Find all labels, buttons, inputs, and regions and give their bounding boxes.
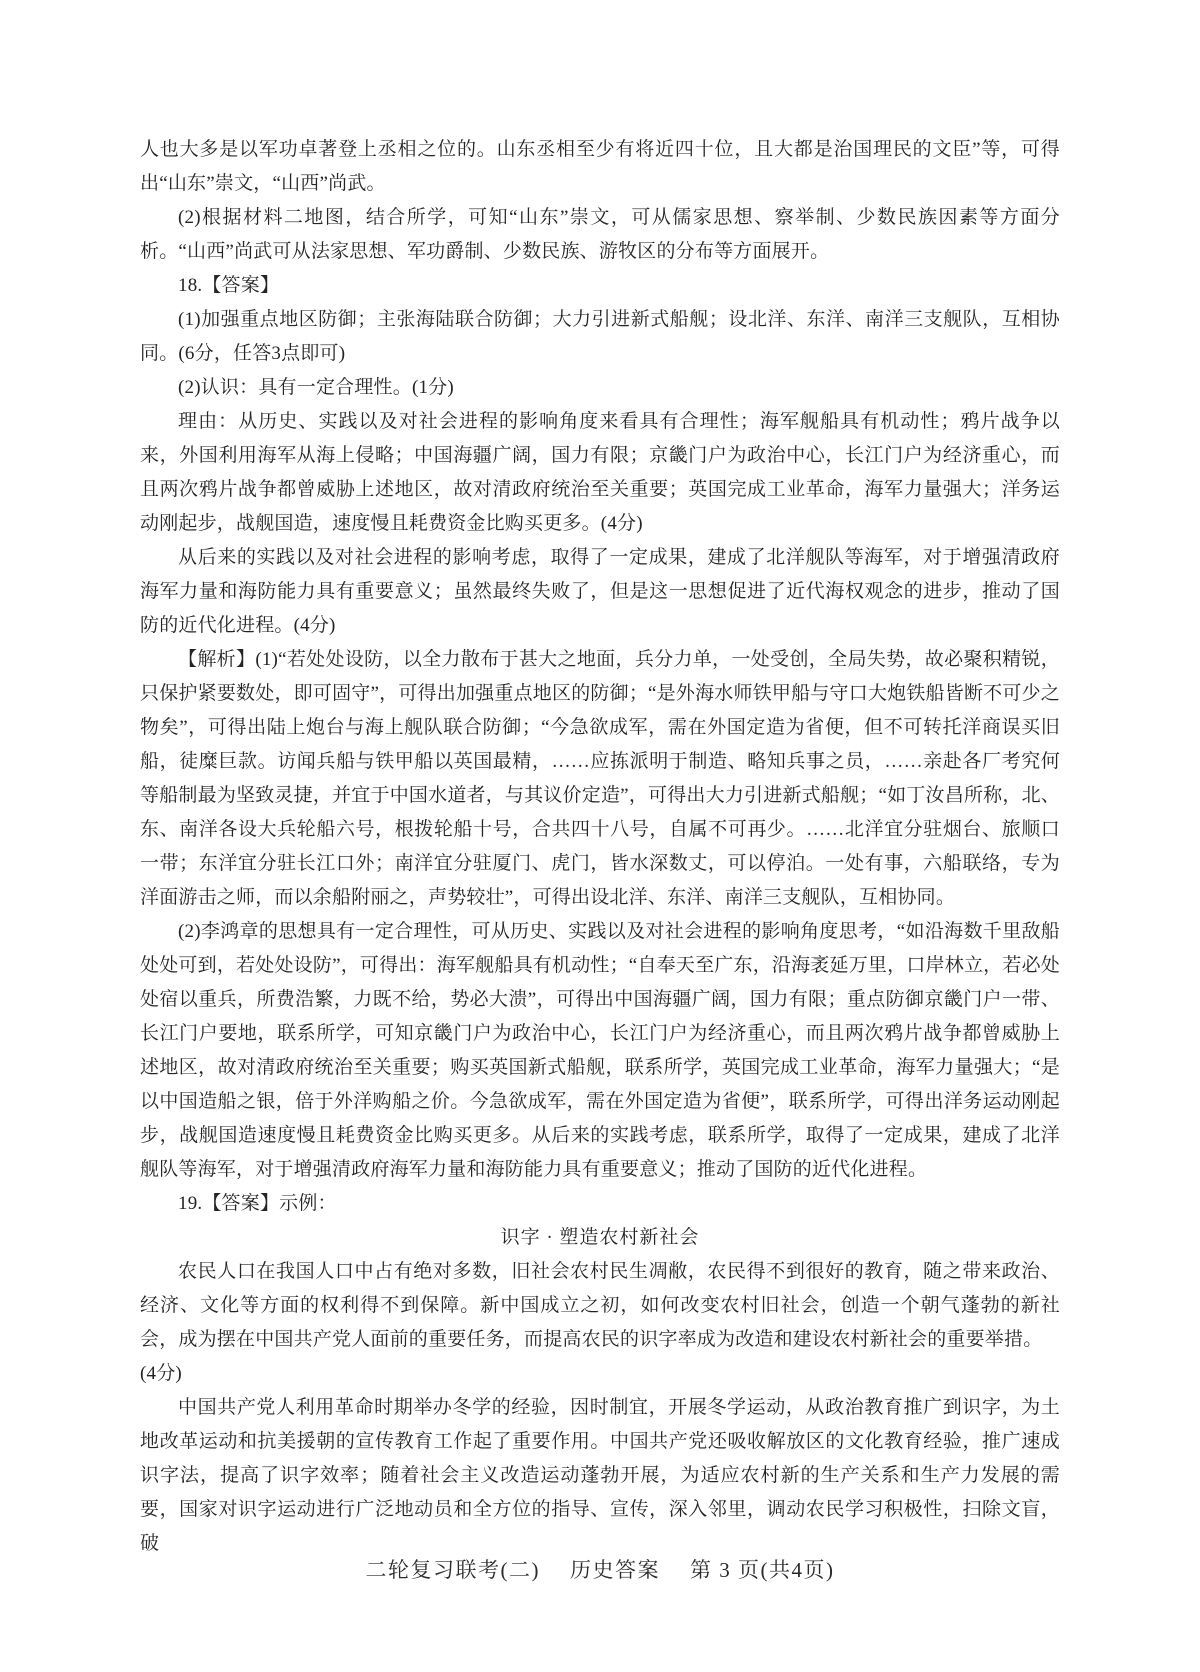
paragraph: (2)根据材料二地图，结合所学，可知“山东”崇文，可从儒家思想、察举制、少数民族… [140,201,1060,269]
paragraph: 从后来的实践以及对社会进程的影响考虑，取得了一定成果，建成了北洋舰队等海军，对于… [140,541,1060,643]
paragraph: (2)李鸿章的思想具有一定合理性，可从历史、实践以及对社会进程的影响角度思考，“… [140,915,1060,1187]
paragraph: 19.【答案】示例： [140,1187,1060,1221]
paragraph: 18.【答案】 [140,269,1060,303]
paragraph: (1)加强重点地区防御；主张海陆联合防御；大力引进新式船舰；设北洋、东洋、南洋三… [140,303,1060,371]
footer-page-info: 第 3 页(共4页) [690,1554,835,1584]
page-footer: 二轮复习联考(二) 历史答案 第 3 页(共4页) [0,1554,1200,1584]
answer-body: 人也大多是以军功卓著登上丞相之位的。山东丞相至少有将近四十位，且大都是治国理民的… [140,133,1060,1561]
paragraph: 农民人口在我国人口中占有绝对多数，旧社会农村民生凋敝，农民得不到很好的教育，随之… [140,1255,1060,1391]
paragraph: 人也大多是以军功卓著登上丞相之位的。山东丞相至少有将近四十位，且大都是治国理民的… [140,133,1060,201]
paragraph: 理由：从历史、实践以及对社会进程的影响角度来看具有合理性；海军舰船具有机动性；鸦… [140,405,1060,541]
footer-subject: 历史答案 [570,1554,660,1584]
paragraph: 【解析】(1)“若处处设防，以全力散布于甚大之地面，兵分力单，一处受创，全局失势… [140,643,1060,915]
paragraph: 中国共产党人利用革命时期举办冬学的经验，因时制宜，开展冬学运动，从政治教育推广到… [140,1391,1060,1561]
document-page: 人也大多是以军功卓著登上丞相之位的。山东丞相至少有将近四十位，且大都是治国理民的… [0,0,1200,1672]
paragraph: (2)认识：具有一定合理性。(1分) [140,371,1060,405]
essay-title: 识字 · 塑造农村新社会 [140,1221,1060,1255]
footer-exam-name: 二轮复习联考(二) [366,1554,541,1584]
